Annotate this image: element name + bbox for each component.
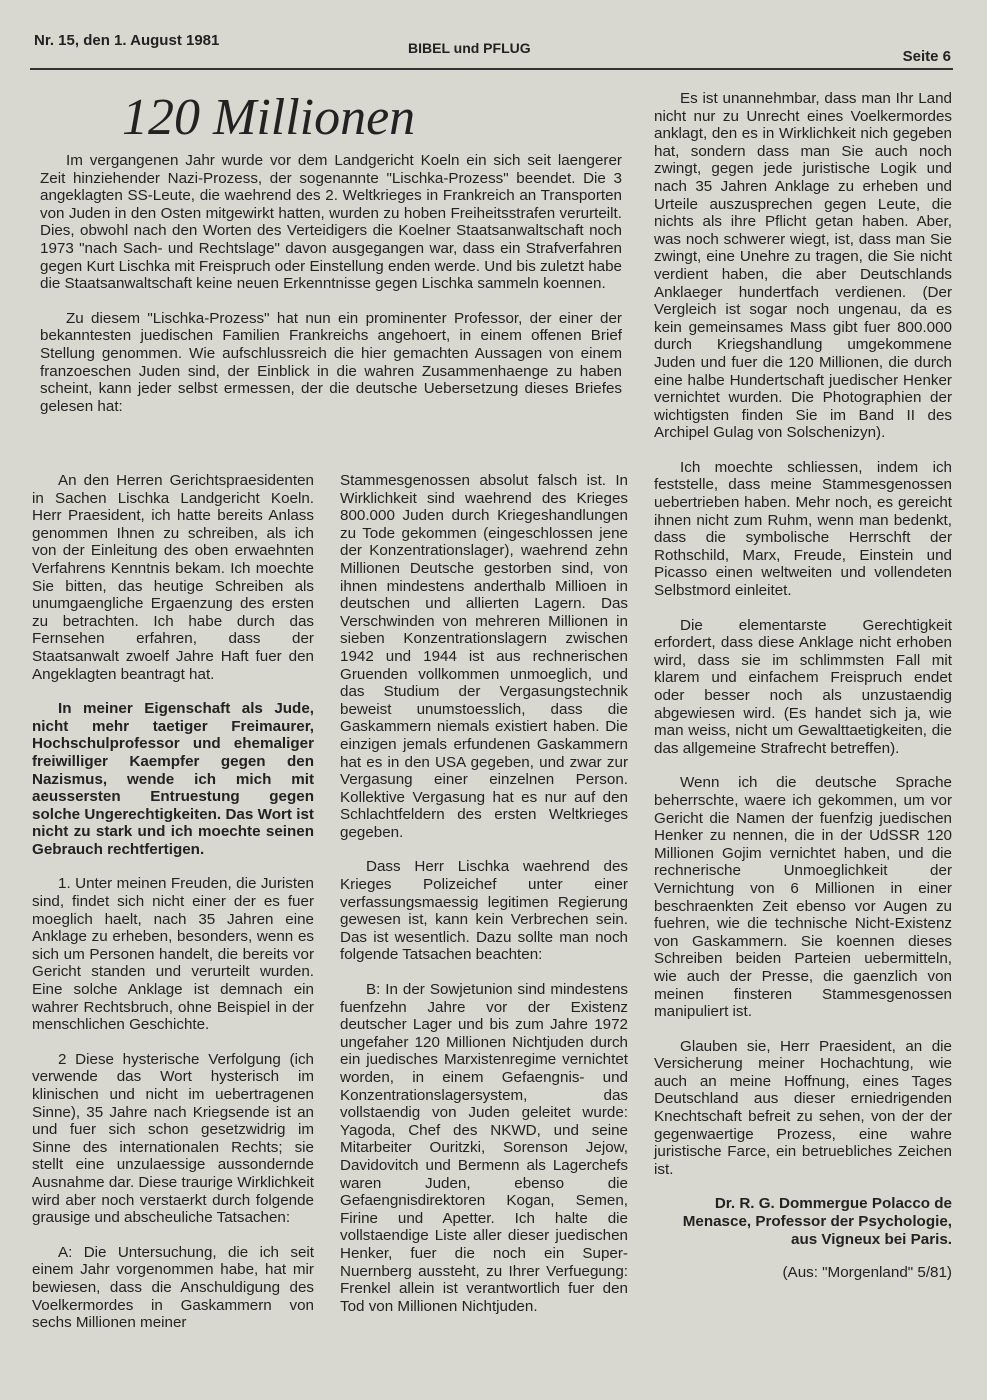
letter-paragraph: Die elementarste Gerechtigkeit erfordert… <box>654 617 952 758</box>
intro-paragraph: Im vergangenen Jahr wurde vor dem Landge… <box>40 152 622 293</box>
letter-paragraph: 1. Unter meinen Freuden, die Juristen si… <box>32 875 314 1033</box>
signature: Dr. R. G. Dommergue Polacco de Menasce, … <box>654 1195 952 1248</box>
letter-paragraph: Glauben sie, Herr Praesident, an die Ver… <box>654 1038 952 1179</box>
letter-paragraph: Es ist unannehmbar, dass man Ihr Land ni… <box>654 90 952 442</box>
letter-paragraph: 2 Diese hysterische Verfolgung (ich verw… <box>32 1051 314 1227</box>
letter-paragraph: Wenn ich die deutsche Sprache beherrscht… <box>654 774 952 1020</box>
page-number: Seite 6 <box>903 48 951 65</box>
intro-paragraph: Zu diesem "Lischka-Prozess" hat nun ein … <box>40 310 622 416</box>
letter-column-1: An den Herren Gerichtspraesidenten in Sa… <box>32 472 314 1349</box>
letter-paragraph: Dass Herr Lischka waehrend des Krieges P… <box>340 858 628 964</box>
letter-paragraph: A: Die Untersuchung, die ich seit einem … <box>32 1244 314 1332</box>
letter-paragraph: B: In der Sowjetunion sind mindestens fu… <box>340 981 628 1315</box>
issue-date: Nr. 15, den 1. August 1981 <box>34 32 219 49</box>
letter-paragraph-bold: In meiner Eigenschaft als Jude, nicht me… <box>32 700 314 858</box>
letter-paragraph: An den Herren Gerichtspraesidenten in Sa… <box>32 472 314 683</box>
publication-name: BIBEL und PFLUG <box>408 40 531 56</box>
letter-paragraph: Stammesgenossen absolut falsch ist. In W… <box>340 472 628 841</box>
letter-column-2: Stammesgenossen absolut falsch ist. In W… <box>340 472 628 1332</box>
source-citation: (Aus: "Morgenland" 5/81) <box>654 1264 952 1282</box>
letter-paragraph: Ich moechte schliessen, indem ich festst… <box>654 459 952 600</box>
page-header: Nr. 15, den 1. August 1981 BIBEL und PFL… <box>30 28 953 70</box>
article-intro: Im vergangenen Jahr wurde vor dem Landge… <box>40 152 622 432</box>
letter-column-3: Es ist unannehmbar, dass man Ihr Land ni… <box>654 90 952 1282</box>
article-title: 120 Millionen <box>122 88 415 147</box>
